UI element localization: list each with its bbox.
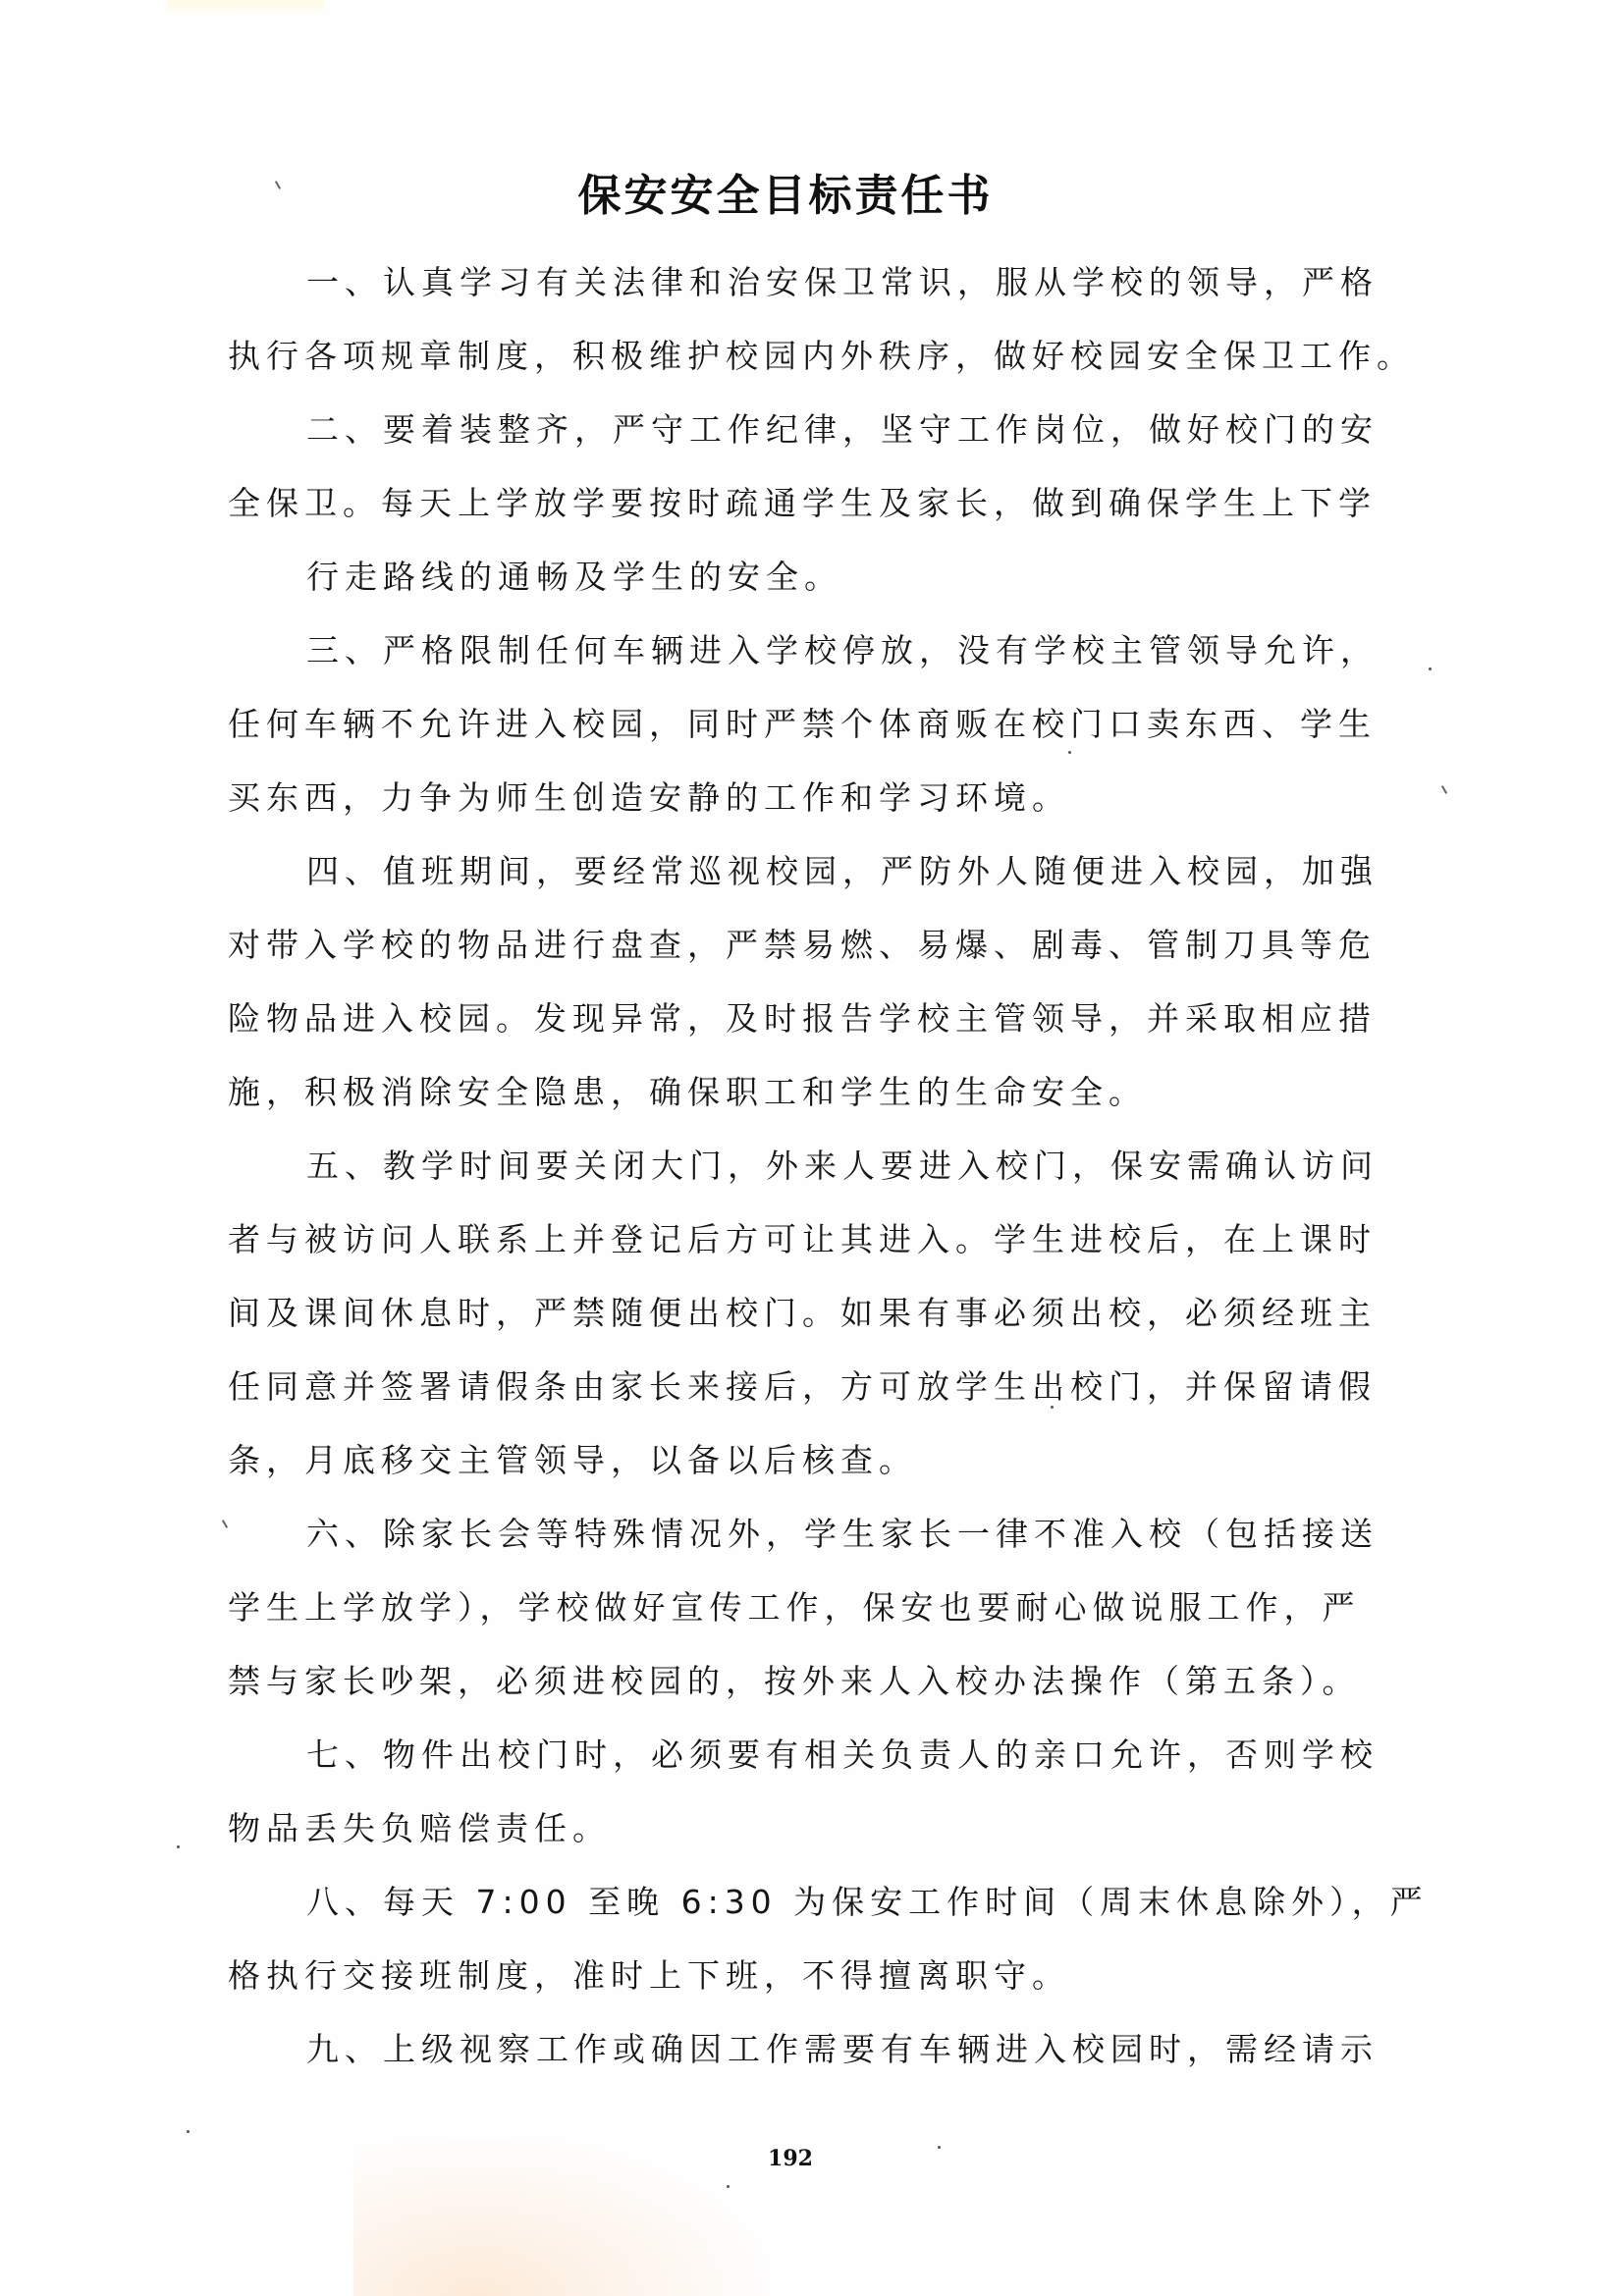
body-line: 任何车辆不允许进入校园，同时严禁个体商贩在校门口卖东西、学生 bbox=[228, 705, 1386, 778]
body-line: 学生上学放学），学校做好宣传工作，保安也要耐心做说服工作，严 bbox=[228, 1588, 1386, 1662]
scan-speck bbox=[727, 2185, 730, 2188]
paper-tint-top bbox=[167, 0, 324, 18]
document-body: 一、认真学习有关法律和治安保卫常识，服从学校的领导，严格 执行各项规章制度，积极… bbox=[228, 263, 1386, 2104]
body-line: 者与被访问人联系上并登记后方可让其进入。学生进校后，在上课时 bbox=[228, 1220, 1386, 1294]
scan-mark bbox=[1441, 785, 1447, 794]
body-line: 物品丢失负赔偿责任。 bbox=[228, 1809, 1386, 1883]
body-line: 七、物件出校门时，必须要有相关负责人的亲口允许，否则学校 bbox=[228, 1735, 1386, 1809]
body-line: 三、严格限制任何车辆进入学校停放，没有学校主管领导允许， bbox=[228, 631, 1386, 705]
paper-tint-bottom bbox=[353, 2140, 766, 2296]
body-line: 施，积极消除安全隐患，确保职工和学生的生命安全。 bbox=[228, 1073, 1386, 1147]
body-line: 险物品进入校园。发现异常，及时报告学校主管领导，并采取相应措 bbox=[228, 999, 1386, 1073]
body-line: 六、除家长会等特殊情况外，学生家长一律不准入校（包括接送 bbox=[228, 1515, 1386, 1588]
body-line: 全保卫。每天上学放学要按时疏通学生及家长，做到确保学生上下学 bbox=[228, 484, 1386, 558]
body-line: 一、认真学习有关法律和治安保卫常识，服从学校的领导，严格 bbox=[228, 263, 1386, 337]
body-line: 格执行交接班制度，准时上下班，不得擅离职守。 bbox=[228, 1956, 1386, 2030]
body-line: 买东西，力争为师生创造安静的工作和学习环境。 bbox=[228, 778, 1386, 852]
scan-speck bbox=[187, 2130, 189, 2133]
body-line: 二、要着装整齐，严守工作纪律，坚守工作岗位，做好校门的安 bbox=[228, 410, 1386, 484]
scan-speck bbox=[1429, 667, 1432, 670]
page-number: 192 bbox=[766, 2146, 815, 2171]
body-line: 八、每天 7:00 至晚 6:30 为保安工作时间（周末休息除外），严 bbox=[228, 1883, 1386, 1956]
scanned-page: 保安安全目标责任书 一、认真学习有关法律和治安保卫常识，服从学校的领导，严格 执… bbox=[0, 0, 1623, 2296]
body-line: 条，月底移交主管领导，以备以后核查。 bbox=[228, 1441, 1386, 1515]
body-line: 五、教学时间要关闭大门，外来人要进入校门，保安需确认访问 bbox=[228, 1147, 1386, 1220]
body-line: 任同意并签署请假条由家长来接后，方可放学生出校门，并保留请假 bbox=[228, 1367, 1386, 1441]
document-title: 保安安全目标责任书 bbox=[0, 173, 1571, 220]
scan-speck bbox=[177, 1845, 180, 1848]
body-line: 间及课间休息时，严禁随便出校门。如果有事必须出校，必须经班主 bbox=[228, 1294, 1386, 1367]
body-line: 执行各项规章制度，积极维护校园内外秩序，做好校园安全保卫工作。 bbox=[228, 337, 1386, 410]
scan-speck bbox=[938, 2146, 941, 2149]
body-line: 禁与家长吵架，必须进校园的，按外来人入校办法操作（第五条）。 bbox=[228, 1662, 1386, 1735]
body-line: 对带入学校的物品进行盘查，严禁易燃、易爆、剧毒、管制刀具等危 bbox=[228, 926, 1386, 999]
body-line: 行走路线的通畅及学生的安全。 bbox=[228, 558, 1386, 631]
body-line: 九、上级视察工作或确因工作需要有车辆进入校园时，需经请示 bbox=[228, 2030, 1386, 2104]
body-line: 四、值班期间，要经常巡视校园，严防外人随便进入校园，加强 bbox=[228, 852, 1386, 926]
